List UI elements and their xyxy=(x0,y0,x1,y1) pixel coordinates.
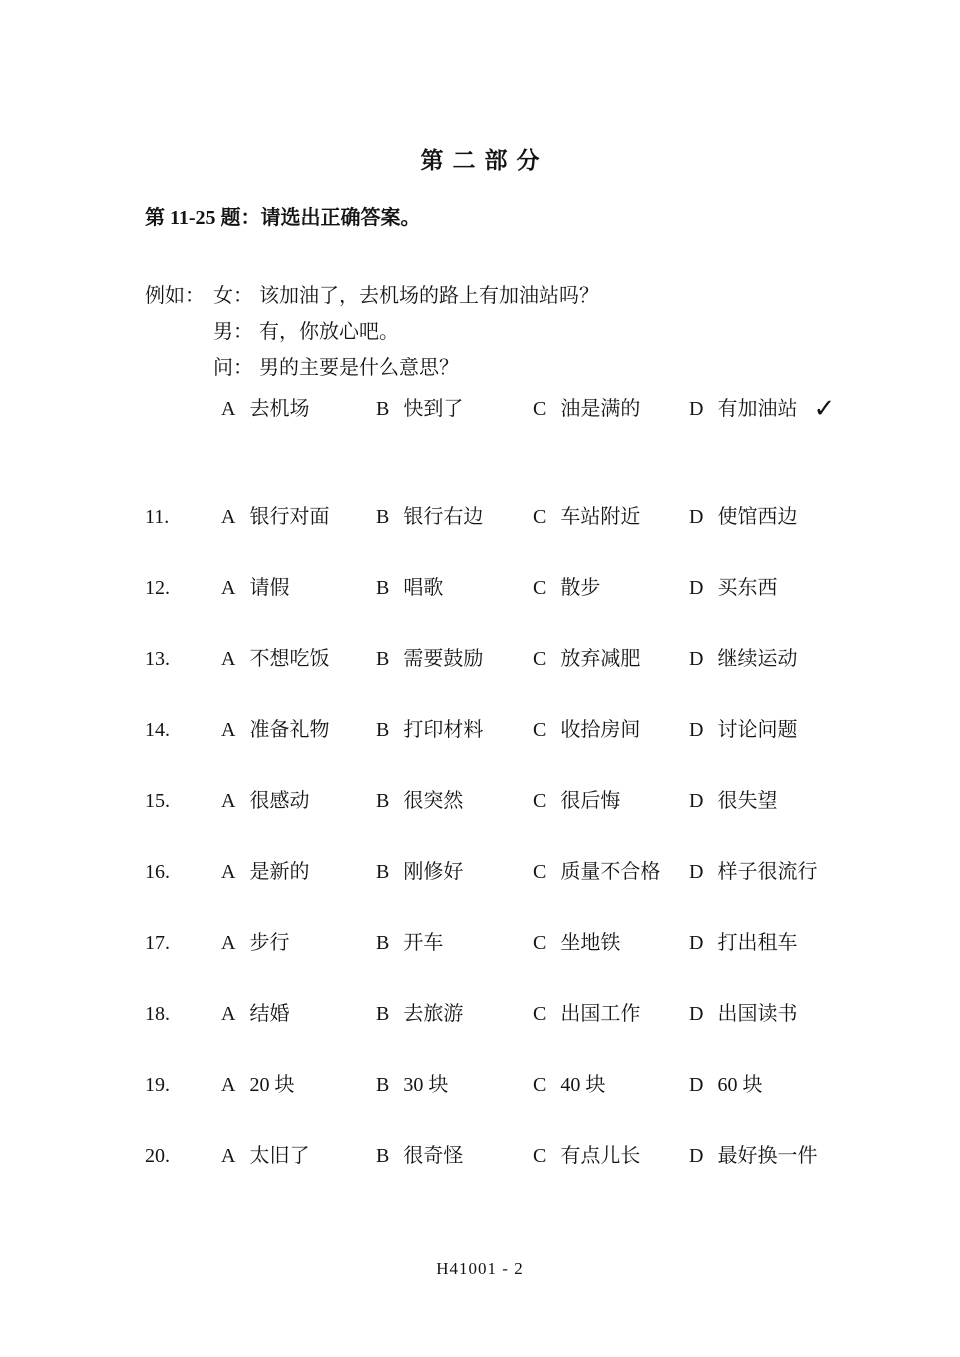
option-a: A不想吃饭 xyxy=(221,646,376,672)
option-text: 准备礼物 xyxy=(249,717,329,743)
option-c: C出国工作 xyxy=(533,1001,689,1027)
option-letter: B xyxy=(376,646,389,672)
option-d: D有加油站✓ xyxy=(689,396,960,422)
option-letter: C xyxy=(533,1072,546,1098)
option-text: 油是满的 xyxy=(560,396,640,422)
dialogue-line: 问：男的主要是什么意思？ xyxy=(145,350,960,386)
option-a: A准备礼物 xyxy=(221,717,376,743)
option-letter: D xyxy=(689,1143,703,1169)
speaker-label: 问： xyxy=(213,350,259,386)
questions-list: 11. A银行对面 B银行右边 C车站附近 D使馆西边 12. A请假 B唱歌 … xyxy=(0,504,960,1169)
option-c: C质量不合格 xyxy=(533,859,689,885)
option-b: B去旅游 xyxy=(376,1001,533,1027)
question-row: 15. A很感动 B很突然 C很后悔 D很失望 xyxy=(145,788,960,814)
option-letter: D xyxy=(689,504,703,530)
option-a: A步行 xyxy=(221,930,376,956)
option-d: D讨论问题 xyxy=(689,717,960,743)
option-letter: C xyxy=(533,788,546,814)
option-c: C有点儿长 xyxy=(533,1143,689,1169)
option-letter: B xyxy=(376,396,389,422)
option-letter: B xyxy=(376,1143,389,1169)
option-c: C车站附近 xyxy=(533,504,689,530)
dialogue-text: 男的主要是什么意思？ xyxy=(259,357,459,379)
option-text: 散步 xyxy=(560,575,600,601)
option-text: 买东西 xyxy=(717,575,777,601)
example-block: 例如：女：该加油了，去机场的路上有加油站吗？ 男：有，你放心吧。 问：男的主要是… xyxy=(0,278,960,422)
option-text: 需要鼓励 xyxy=(403,646,483,672)
option-letter: A xyxy=(221,717,235,743)
question-number: 14. xyxy=(145,717,221,743)
question-row: 13. A不想吃饭 B需要鼓励 C放弃减肥 D继续运动 xyxy=(145,646,960,672)
dialogue-text: 该加油了，去机场的路上有加油站吗？ xyxy=(259,285,599,307)
option-letter: A xyxy=(221,930,235,956)
option-letter: C xyxy=(533,717,546,743)
option-letter: D xyxy=(689,859,703,885)
option-d: D最好换一件 xyxy=(689,1143,960,1169)
option-text: 坐地铁 xyxy=(560,930,620,956)
option-text: 有加油站 xyxy=(717,396,797,422)
option-letter: C xyxy=(533,1001,546,1027)
question-row: 20. A太旧了 B很奇怪 C有点儿长 D最好换一件 xyxy=(145,1143,960,1169)
option-text: 很突然 xyxy=(403,788,463,814)
instructions: 第 11-25 题：请选出正确答案。 xyxy=(145,204,960,232)
option-text: 太旧了 xyxy=(249,1143,309,1169)
option-letter: A xyxy=(221,1143,235,1169)
question-row: 11. A银行对面 B银行右边 C车站附近 D使馆西边 xyxy=(145,504,960,530)
option-b: B银行右边 xyxy=(376,504,533,530)
option-text: 银行对面 xyxy=(249,504,329,530)
option-letter: B xyxy=(376,717,389,743)
question-row: 17. A步行 B开车 C坐地铁 D打出租车 xyxy=(145,930,960,956)
option-letter: B xyxy=(376,1072,389,1098)
option-letter: D xyxy=(689,717,703,743)
speaker-label: 男： xyxy=(213,314,259,350)
option-letter: D xyxy=(689,646,703,672)
option-a: A是新的 xyxy=(221,859,376,885)
option-text: 30 块 xyxy=(403,1072,448,1098)
option-text: 质量不合格 xyxy=(560,859,660,885)
option-b: B快到了 xyxy=(376,396,533,422)
option-text: 唱歌 xyxy=(403,575,443,601)
option-d: D60 块 xyxy=(689,1072,960,1098)
option-letter: D xyxy=(689,1072,703,1098)
option-text: 最好换一件 xyxy=(717,1143,817,1169)
option-text: 很奇怪 xyxy=(403,1143,463,1169)
option-letter: B xyxy=(376,788,389,814)
option-letter: C xyxy=(533,1143,546,1169)
option-b: B很突然 xyxy=(376,788,533,814)
question-number: 15. xyxy=(145,788,221,814)
option-d: D打出租车 xyxy=(689,930,960,956)
option-letter: C xyxy=(533,646,546,672)
option-letter: A xyxy=(221,1072,235,1098)
option-text: 20 块 xyxy=(249,1072,294,1098)
option-b: B刚修好 xyxy=(376,859,533,885)
option-letter: D xyxy=(689,396,703,422)
option-a: A很感动 xyxy=(221,788,376,814)
option-b: B30 块 xyxy=(376,1072,533,1098)
option-text: 去旅游 xyxy=(403,1001,463,1027)
question-row: 19. A20 块 B30 块 C40 块 D60 块 xyxy=(145,1072,960,1098)
option-text: 打出租车 xyxy=(717,930,797,956)
option-a: A太旧了 xyxy=(221,1143,376,1169)
option-c: C油是满的 xyxy=(533,396,689,422)
option-letter: A xyxy=(221,859,235,885)
option-a: A请假 xyxy=(221,575,376,601)
dialogue-line: 例如：女：该加油了，去机场的路上有加油站吗？ xyxy=(145,278,960,314)
question-number: 13. xyxy=(145,646,221,672)
option-letter: C xyxy=(533,504,546,530)
option-text: 有点儿长 xyxy=(560,1143,640,1169)
checkmark-icon: ✓ xyxy=(813,396,835,422)
option-text: 车站附近 xyxy=(560,504,640,530)
page-code: H41001 - 2 xyxy=(0,1259,960,1279)
option-text: 请假 xyxy=(249,575,289,601)
option-letter: D xyxy=(689,788,703,814)
option-text: 很后悔 xyxy=(560,788,620,814)
option-letter: B xyxy=(376,575,389,601)
question-number: 19. xyxy=(145,1072,221,1098)
option-a: A去机场 xyxy=(221,396,376,422)
option-letter: A xyxy=(221,646,235,672)
option-letter: B xyxy=(376,859,389,885)
option-letter: A xyxy=(221,788,235,814)
option-c: C很后悔 xyxy=(533,788,689,814)
option-letter: C xyxy=(533,575,546,601)
option-text: 是新的 xyxy=(249,859,309,885)
question-number: 12. xyxy=(145,575,221,601)
option-b: B很奇怪 xyxy=(376,1143,533,1169)
option-a: A20 块 xyxy=(221,1072,376,1098)
exam-page: 第二部分 第 11-25 题：请选出正确答案。 例如：女：该加油了，去机场的路上… xyxy=(0,0,960,1357)
dialogue-line: 男：有，你放心吧。 xyxy=(145,314,960,350)
option-b: B开车 xyxy=(376,930,533,956)
option-text: 放弃减肥 xyxy=(560,646,640,672)
option-letter: B xyxy=(376,930,389,956)
question-row: 14. A准备礼物 B打印材料 C收拾房间 D讨论问题 xyxy=(145,717,960,743)
option-c: C坐地铁 xyxy=(533,930,689,956)
option-c: C40 块 xyxy=(533,1072,689,1098)
option-b: B唱歌 xyxy=(376,575,533,601)
option-text: 收拾房间 xyxy=(560,717,640,743)
option-c: C放弃减肥 xyxy=(533,646,689,672)
option-text: 不想吃饭 xyxy=(249,646,329,672)
option-b: B需要鼓励 xyxy=(376,646,533,672)
question-number: 16. xyxy=(145,859,221,885)
option-text: 很感动 xyxy=(249,788,309,814)
option-text: 样子很流行 xyxy=(717,859,817,885)
question-row: 18. A结婚 B去旅游 C出国工作 D出国读书 xyxy=(145,1001,960,1027)
option-letter: D xyxy=(689,575,703,601)
option-text: 40 块 xyxy=(560,1072,605,1098)
option-letter: A xyxy=(221,396,235,422)
option-a: A结婚 xyxy=(221,1001,376,1027)
option-d: D使馆西边 xyxy=(689,504,960,530)
option-letter: A xyxy=(221,504,235,530)
example-label: 例如： xyxy=(145,278,213,314)
option-text: 快到了 xyxy=(403,396,463,422)
question-number: 18. xyxy=(145,1001,221,1027)
option-text: 出国工作 xyxy=(560,1001,640,1027)
option-text: 讨论问题 xyxy=(717,717,797,743)
option-letter: C xyxy=(533,396,546,422)
option-text: 步行 xyxy=(249,930,289,956)
option-letter: C xyxy=(533,859,546,885)
option-text: 继续运动 xyxy=(717,646,797,672)
option-letter: B xyxy=(376,504,389,530)
option-text: 打印材料 xyxy=(403,717,483,743)
option-text: 开车 xyxy=(403,930,443,956)
option-letter: A xyxy=(221,575,235,601)
example-options-row: A去机场 B快到了 C油是满的 D有加油站✓ xyxy=(221,396,960,422)
question-row: 16. A是新的 B刚修好 C质量不合格 D样子很流行 xyxy=(145,859,960,885)
option-d: D继续运动 xyxy=(689,646,960,672)
option-d: D很失望 xyxy=(689,788,960,814)
option-d: D出国读书 xyxy=(689,1001,960,1027)
question-row: 12. A请假 B唱歌 C散步 D买东西 xyxy=(145,575,960,601)
option-text: 刚修好 xyxy=(403,859,463,885)
option-c: C收拾房间 xyxy=(533,717,689,743)
option-letter: C xyxy=(533,930,546,956)
dialogue-text: 有，你放心吧。 xyxy=(259,321,399,343)
option-text: 去机场 xyxy=(249,396,309,422)
option-text: 结婚 xyxy=(249,1001,289,1027)
option-text: 出国读书 xyxy=(717,1001,797,1027)
question-number: 11. xyxy=(145,504,221,530)
option-d: D买东西 xyxy=(689,575,960,601)
option-letter: B xyxy=(376,1001,389,1027)
speaker-label: 女： xyxy=(213,278,259,314)
option-letter: D xyxy=(689,1001,703,1027)
option-a: A银行对面 xyxy=(221,504,376,530)
question-number: 17. xyxy=(145,930,221,956)
question-number: 20. xyxy=(145,1143,221,1169)
option-letter: D xyxy=(689,930,703,956)
option-text: 60 块 xyxy=(717,1072,762,1098)
section-title: 第二部分 xyxy=(0,0,960,176)
option-b: B打印材料 xyxy=(376,717,533,743)
option-text: 使馆西边 xyxy=(717,504,797,530)
option-text: 银行右边 xyxy=(403,504,483,530)
option-d: D样子很流行 xyxy=(689,859,960,885)
option-letter: A xyxy=(221,1001,235,1027)
option-text: 很失望 xyxy=(717,788,777,814)
option-c: C散步 xyxy=(533,575,689,601)
